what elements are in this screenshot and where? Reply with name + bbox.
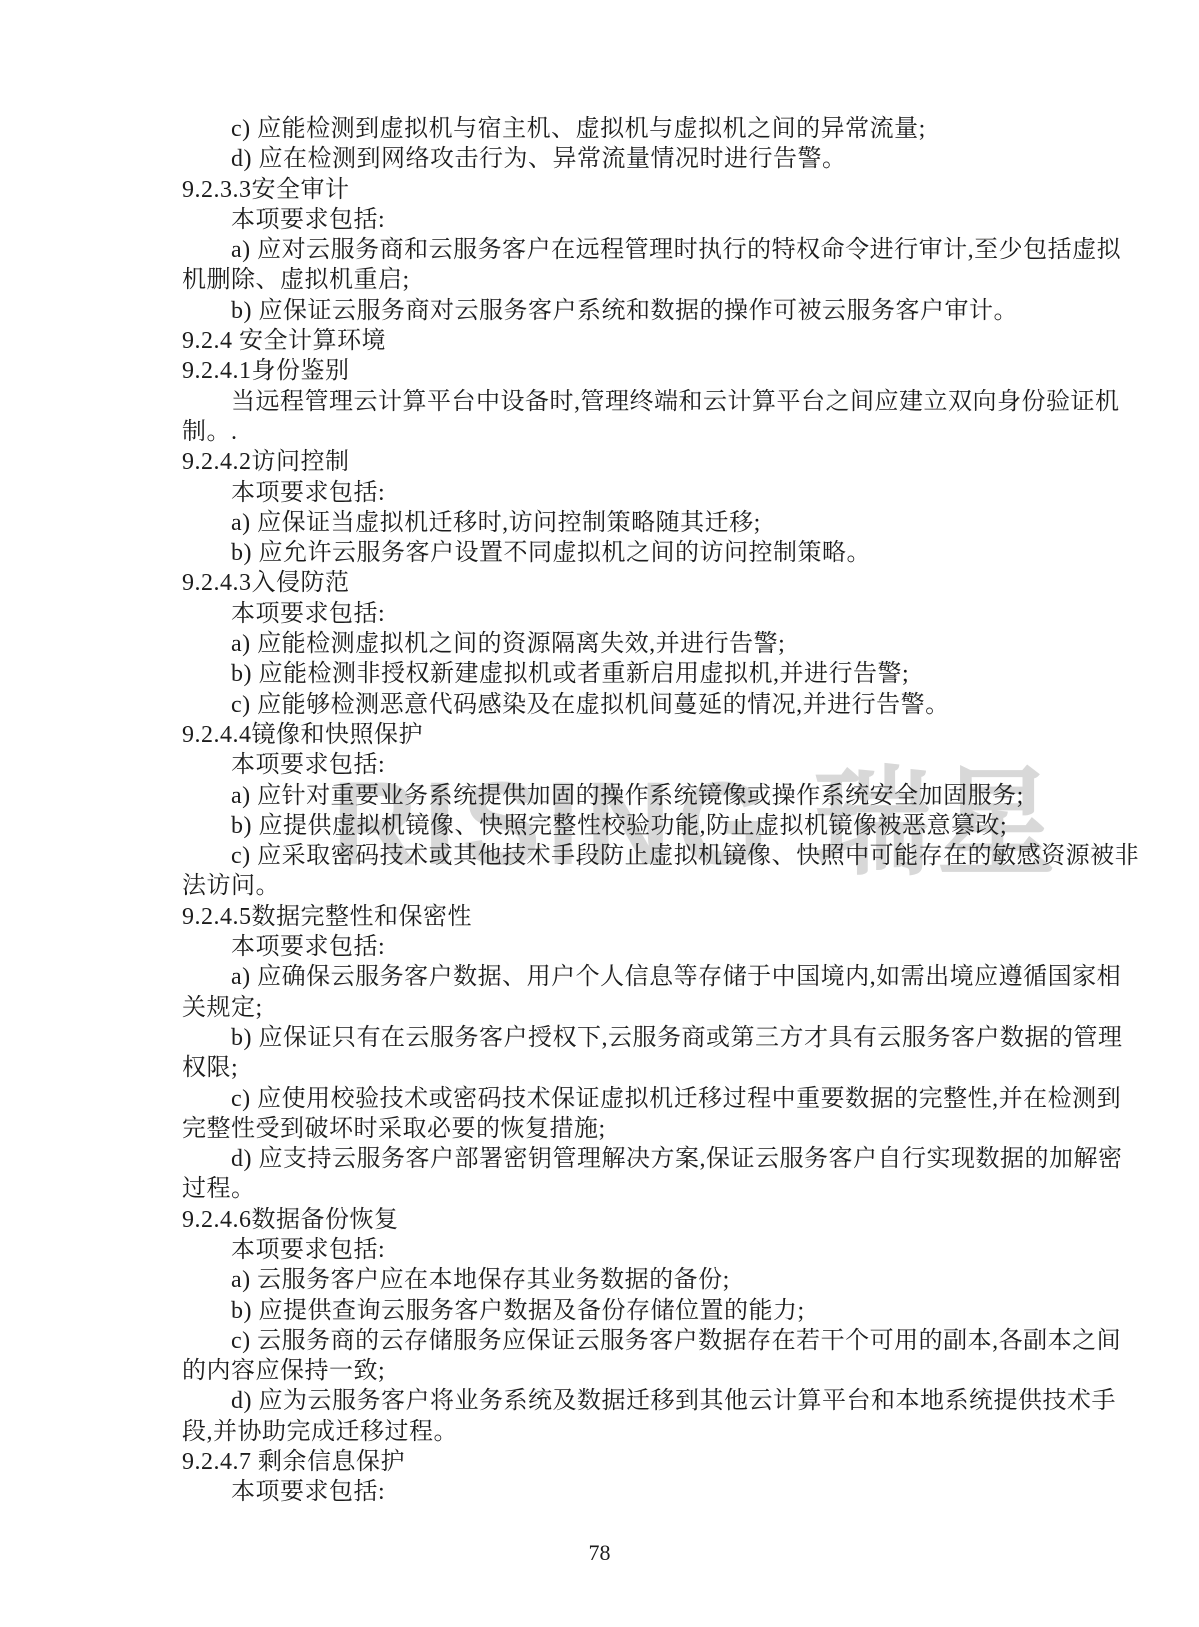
section-heading: 9.2.4 安全计算环境 xyxy=(182,326,1064,356)
text-line: c) 应采取密码技术或其他技术手段防止虚拟机镜像、快照中可能存在的敏感资源被非 xyxy=(182,841,1064,871)
text-line: b) 应保证只有在云服务客户授权下,云服务商或第三方才具有云服务客户数据的管理 xyxy=(182,1023,1064,1053)
text-line: d) 应为云服务客户将业务系统及数据迁移到其他云计算平台和本地系统提供技术手 xyxy=(182,1386,1064,1416)
text-line: 本项要求包括: xyxy=(182,1477,1064,1507)
text-line: b) 应提供虚拟机镜像、快照完整性校验功能,防止虚拟机镜像被恶意篡改; xyxy=(182,811,1064,841)
text-line: a) 应对云服务商和云服务客户在远程管理时执行的特权命令进行审计,至少包括虚拟 xyxy=(182,235,1064,265)
text-line: 权限; xyxy=(182,1053,1064,1083)
text-line: 法访问。 xyxy=(182,871,1064,901)
section-heading: 9.2.4.1身份鉴别 xyxy=(182,356,1064,386)
text-line: a) 云服务客户应在本地保存其业务数据的备份; xyxy=(182,1265,1064,1295)
text-line: b) 应能检测非授权新建虚拟机或者重新启用虚拟机,并进行告警; xyxy=(182,659,1064,689)
text-line: c) 应能够检测恶意代码感染及在虚拟机间蔓延的情况,并进行告警。 xyxy=(182,690,1064,720)
text-line: d) 应支持云服务客户部署密钥管理解决方案,保证云服务客户自行实现数据的加解密 xyxy=(182,1144,1064,1174)
text-line: b) 应允许云服务客户设置不同虚拟机之间的访问控制策略。 xyxy=(182,538,1064,568)
section-heading: 9.2.4.4镜像和快照保护 xyxy=(182,720,1064,750)
text-line: 机删除、虚拟机重启; xyxy=(182,265,1064,295)
section-heading: 9.2.3.3安全审计 xyxy=(182,175,1064,205)
text-line: 过程。 xyxy=(182,1174,1064,1204)
text-line: b) 应保证云服务商对云服务客户系统和数据的操作可被云服务客户审计。 xyxy=(182,296,1064,326)
text-line: 制。. xyxy=(182,417,1064,447)
text-line: 本项要求包括: xyxy=(182,205,1064,235)
section-heading: 9.2.4.6数据备份恢复 xyxy=(182,1205,1064,1235)
text-line: 关规定; xyxy=(182,993,1064,1023)
text-line: a) 应保证当虚拟机迁移时,访问控制策略随其迁移; xyxy=(182,508,1064,538)
text-line: c) 应能检测到虚拟机与宿主机、虚拟机与虚拟机之间的异常流量; xyxy=(182,114,1064,144)
document-page: RISING 瑞星 c) 应能检测到虚拟机与宿主机、虚拟机与虚拟机之间的异常流量… xyxy=(0,0,1199,1627)
text-line: 的内容应保持一致; xyxy=(182,1356,1064,1386)
text-line: 当远程管理云计算平台中设备时,管理终端和云计算平台之间应建立双向身份验证机 xyxy=(182,387,1064,417)
text-line: a) 应能检测虚拟机之间的资源隔离失效,并进行告警; xyxy=(182,629,1064,659)
section-heading: 9.2.4.3入侵防范 xyxy=(182,568,1064,598)
section-heading: 9.2.4.5数据完整性和保密性 xyxy=(182,902,1064,932)
section-heading: 9.2.4.7 剩余信息保护 xyxy=(182,1447,1064,1477)
text-line: a) 应针对重要业务系统提供加固的操作系统镜像或操作系统安全加固服务; xyxy=(182,781,1064,811)
text-line: c) 云服务商的云存储服务应保证云服务客户数据存在若干个可用的副本,各副本之间 xyxy=(182,1326,1064,1356)
text-line: 本项要求包括: xyxy=(182,932,1064,962)
text-line: 段,并协助完成迁移过程。 xyxy=(182,1417,1064,1447)
text-line: a) 应确保云服务客户数据、用户个人信息等存储于中国境内,如需出境应遵循国家相 xyxy=(182,962,1064,992)
text-line: b) 应提供查询云服务客户数据及备份存储位置的能力; xyxy=(182,1296,1064,1326)
section-heading: 9.2.4.2访问控制 xyxy=(182,447,1064,477)
text-line: 本项要求包括: xyxy=(182,750,1064,780)
text-line: 本项要求包括: xyxy=(182,599,1064,629)
text-line: 本项要求包括: xyxy=(182,478,1064,508)
page-number: 78 xyxy=(0,1540,1199,1566)
document-body: c) 应能检测到虚拟机与宿主机、虚拟机与虚拟机之间的异常流量;d) 应在检测到网… xyxy=(182,114,1064,1508)
text-line: 本项要求包括: xyxy=(182,1235,1064,1265)
text-line: d) 应在检测到网络攻击行为、异常流量情况时进行告警。 xyxy=(182,144,1064,174)
text-line: c) 应使用校验技术或密码技术保证虚拟机迁移过程中重要数据的完整性,并在检测到 xyxy=(182,1084,1064,1114)
text-line: 完整性受到破坏时采取必要的恢复措施; xyxy=(182,1114,1064,1144)
